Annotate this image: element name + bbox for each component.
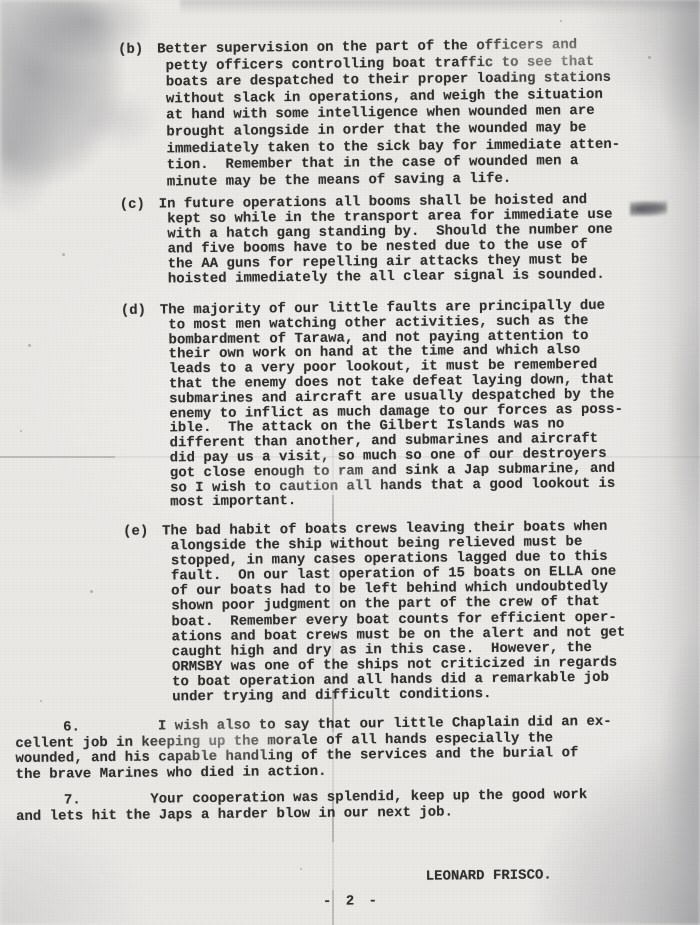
paragraph-7-number: 7. [64, 793, 81, 809]
page-number: - 2 - [323, 893, 380, 910]
paragraph-e-text: The bad habit of boats crews leaving the… [162, 519, 700, 706]
paragraph-6-number: 6. [63, 720, 80, 736]
paragraph-c-label: (c) [120, 198, 145, 213]
paragraph-d: (d) The majority of our little faults ar… [3, 298, 700, 512]
paragraph-c: (c) In future operations all booms shall… [2, 192, 700, 289]
paragraph-6-text: I wish also to say that our little Chapl… [15, 714, 700, 783]
ink-smudge [630, 201, 667, 216]
paragraph-6: 6. I wish also to say that our little Ch… [15, 714, 700, 783]
paragraph-b-label: (b) [118, 42, 143, 59]
paragraph-e-label: (e) [123, 525, 148, 540]
signature-name: LEONARD FRISCO. [426, 867, 552, 884]
paragraph-d-text: The majority of our little faults are pr… [160, 298, 700, 511]
paragraph-7-text: Your cooperation was splendid, keep up t… [16, 787, 700, 825]
paragraph-c-text: In future operations all booms shall be … [159, 192, 700, 288]
paragraph-b-text: Better supervision on the part of the of… [157, 36, 700, 191]
paragraph-b: (b) Better supervision on the part of th… [0, 36, 700, 193]
paragraph-e: (e) The bad habit of boats crews leaving… [5, 519, 700, 707]
paragraph-d-label: (d) [121, 304, 146, 319]
paragraph-7: 7. Your cooperation was splendid, keep u… [16, 787, 700, 825]
typewritten-text-layer: (b) Better supervision on the part of th… [0, 0, 700, 925]
scanned-document-page: (b) Better supervision on the part of th… [0, 0, 700, 925]
